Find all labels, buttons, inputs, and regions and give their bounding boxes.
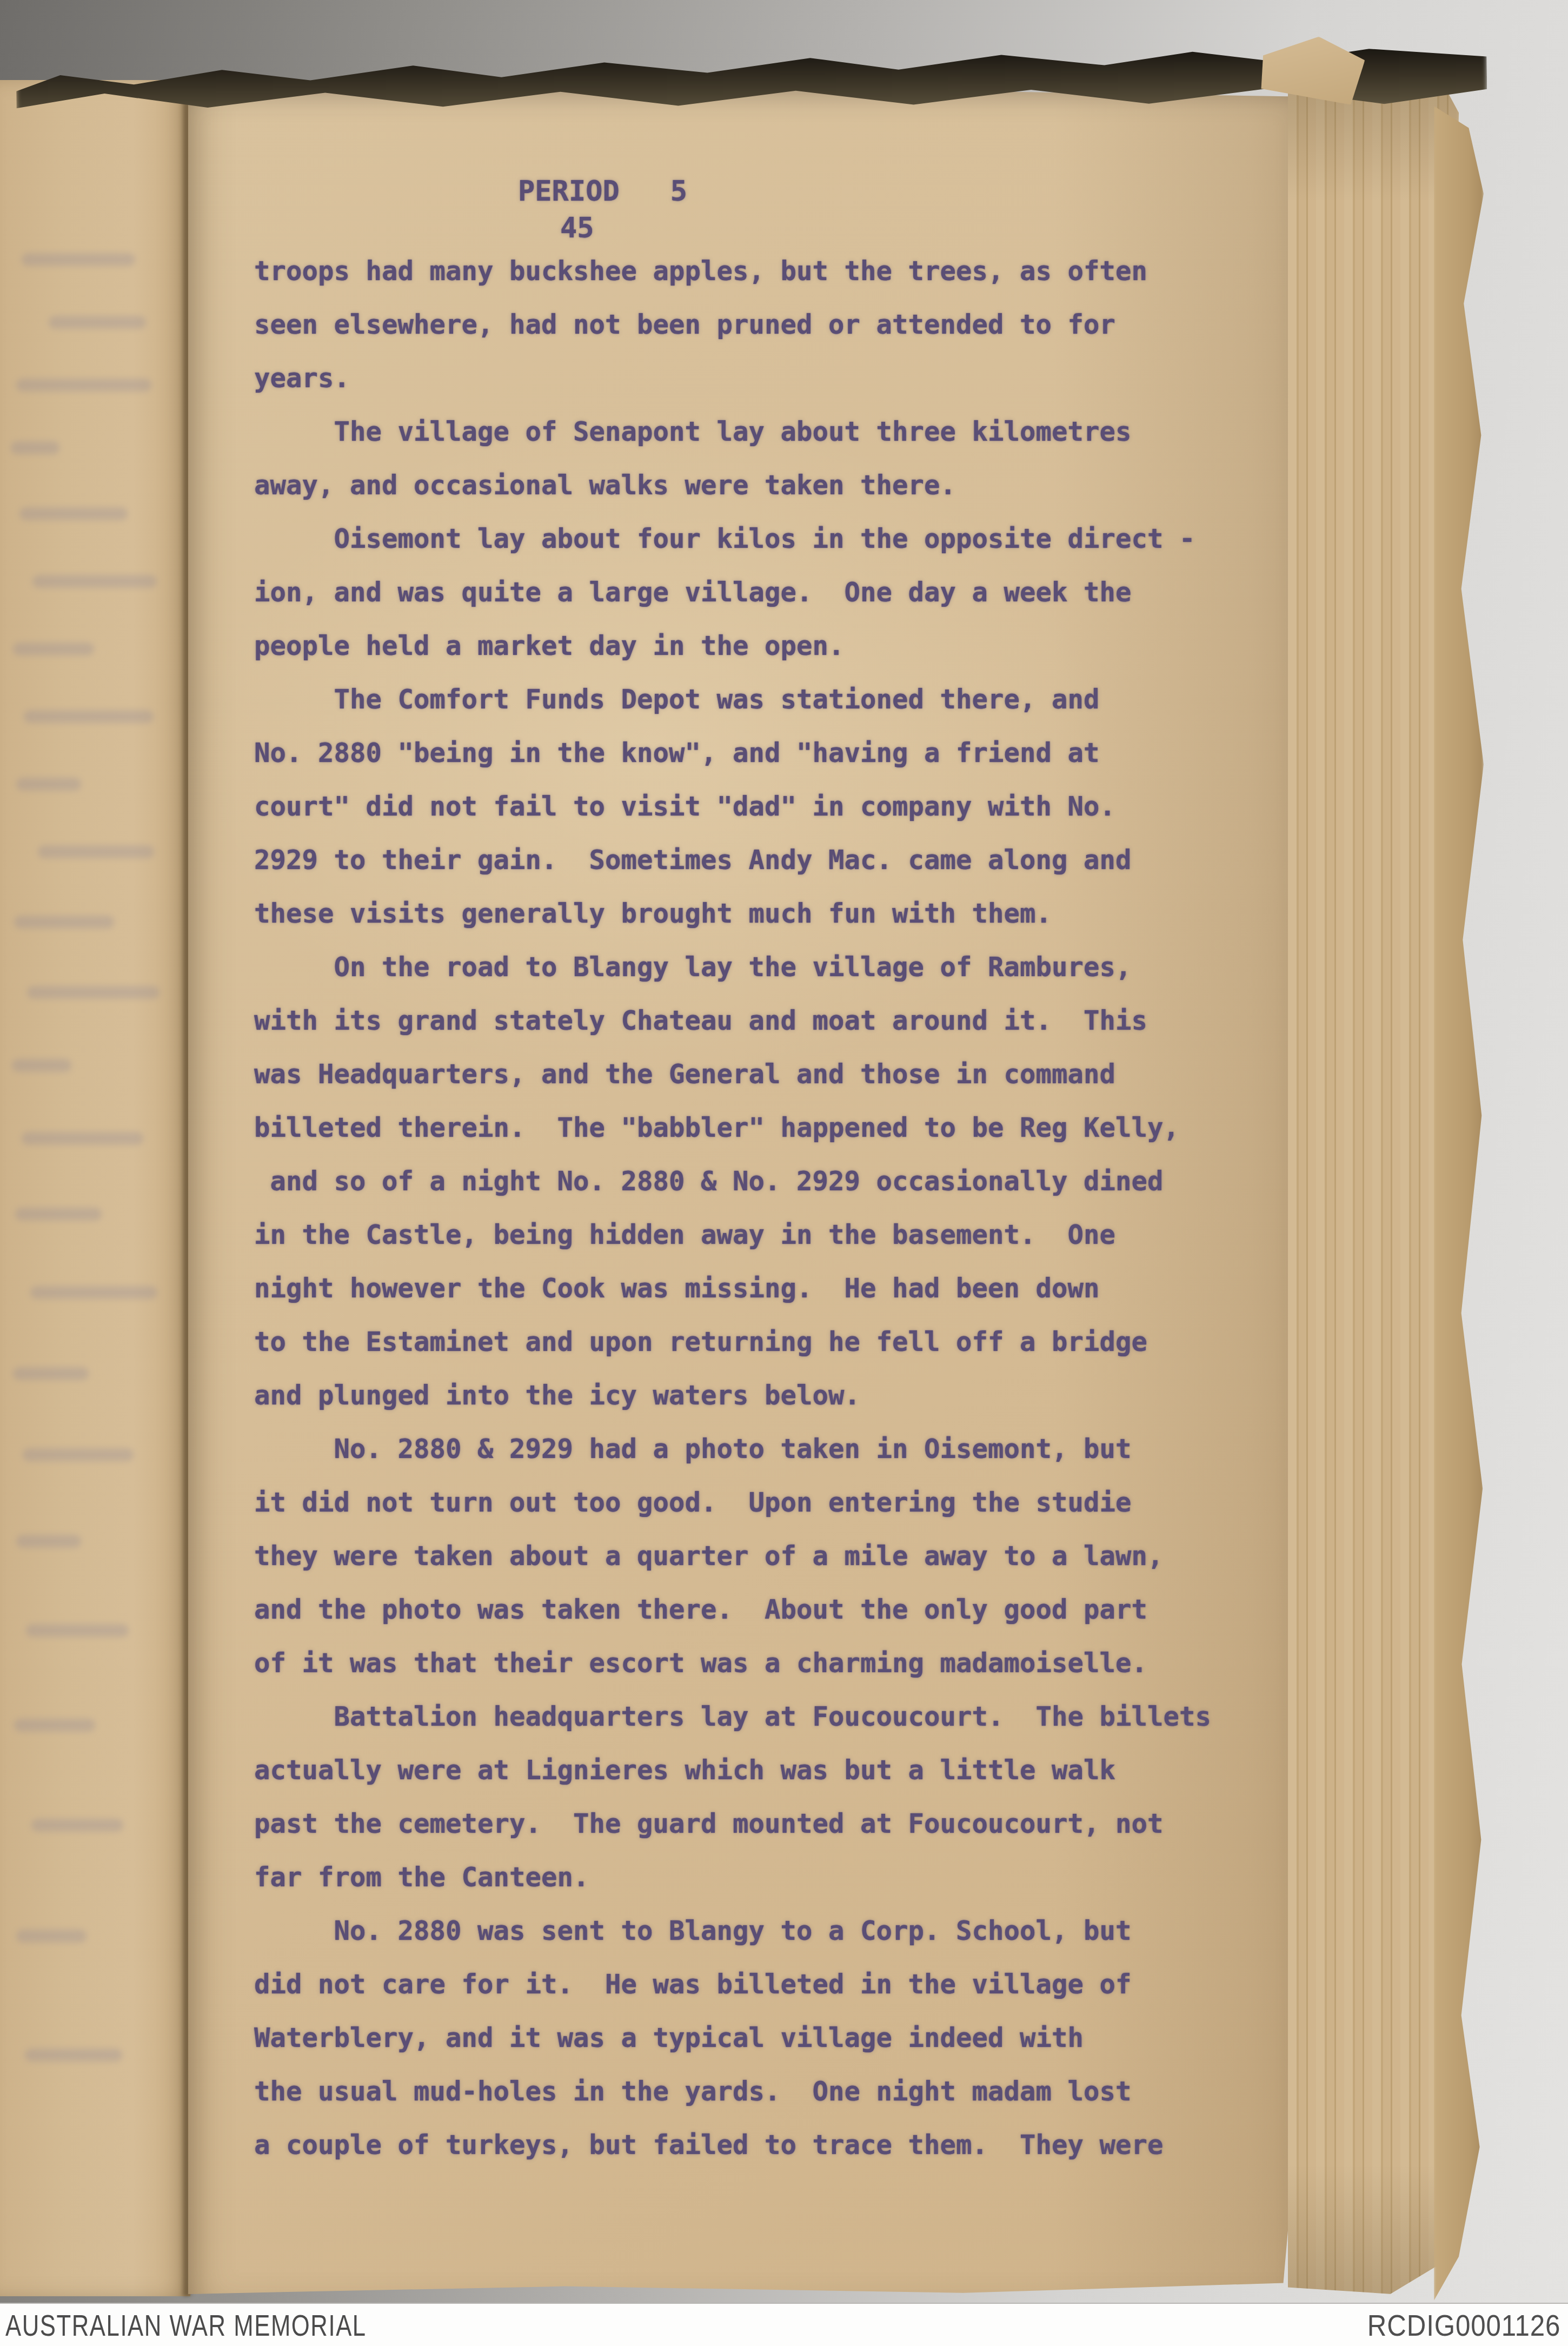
typed-line: No. 2880 was sent to Blangy to a Corp. S… [254, 1904, 1211, 1958]
typed-line: and so of a night No. 2880 & No. 2929 oc… [254, 1155, 1211, 1208]
ghost-text-smudge [22, 1132, 143, 1145]
ghost-text-smudge [25, 2049, 122, 2062]
typed-line: years. [254, 352, 1211, 405]
ghost-text-smudge [12, 1059, 71, 1072]
ghost-text-smudge [22, 253, 135, 266]
typed-line: Battalion headquarters lay at Foucoucour… [254, 1690, 1211, 1744]
record-id-label: RCDIG0001126 [1367, 2308, 1560, 2343]
typed-line: to the Estaminet and upon returning he f… [254, 1315, 1211, 1369]
ghost-text-smudge [13, 642, 94, 655]
typed-line: it did not turn out too good. Upon enter… [254, 1476, 1211, 1529]
typed-line: these visits generally brought much fun … [254, 887, 1211, 940]
page-number: 45 [560, 212, 594, 244]
typed-line: did not care for it. He was billeted in … [254, 1958, 1211, 2011]
ghost-text-smudge [16, 778, 81, 791]
folded-corner [1252, 29, 1367, 105]
ghost-text-smudge [14, 916, 114, 929]
ghost-text-smudge [30, 1286, 157, 1299]
ghost-text-smudge [23, 1448, 134, 1461]
typed-line: and plunged into the icy waters below. [254, 1369, 1211, 1422]
ghost-text-smudge [24, 710, 154, 723]
footer-bar: AUSTRALIAN WAR MEMORIAL RCDIG0001126 [0, 2303, 1568, 2346]
typed-line: the usual mud-holes in the yards. One ni… [254, 2065, 1211, 2118]
typed-line: a couple of turkeys, but failed to trace… [254, 2118, 1211, 2172]
typed-line: with its grand stately Chateau and moat … [254, 994, 1211, 1048]
typed-line: far from the Canteen. [254, 1851, 1211, 1904]
ghost-text-smudge [14, 1719, 95, 1732]
ghost-text-smudge [26, 1624, 129, 1637]
ghost-text-smudge [19, 507, 128, 520]
typed-line: and the photo was taken there. About the… [254, 1583, 1211, 1636]
typed-line: billeted therein. The "babbler" happened… [254, 1101, 1211, 1155]
archive-name-label: AUSTRALIAN WAR MEMORIAL [5, 2308, 367, 2343]
typed-line: On the road to Blangy lay the village of… [254, 940, 1211, 994]
facing-page-edge [0, 80, 190, 2296]
typed-line: 2929 to their gain. Sometimes Andy Mac. … [254, 833, 1211, 887]
typed-line: The Comfort Funds Depot was stationed th… [254, 673, 1211, 726]
typed-line: night however the Cook was missing. He h… [254, 1262, 1211, 1315]
worn-page-edge [1434, 106, 1484, 2301]
typed-line: seen elsewhere, had not been pruned or a… [254, 298, 1211, 352]
typed-line: No. 2880 & 2929 had a photo taken in Ois… [254, 1422, 1211, 1476]
typed-line: in the Castle, being hidden away in the … [254, 1208, 1211, 1262]
scanned-document-background: PERIOD 5 45 troops had many buckshee app… [0, 0, 1568, 2346]
page-title: PERIOD 5 [518, 175, 687, 208]
ghost-text-smudge [16, 1930, 87, 1943]
typed-line: actually were at Lignieres which was but… [254, 1744, 1211, 1797]
typed-line: people held a market day in the open. [254, 619, 1211, 673]
ghost-text-smudge [16, 1535, 81, 1548]
typed-line: Oisemont lay about four kilos in the opp… [254, 512, 1211, 566]
ghost-text-smudge [49, 316, 146, 329]
typed-line: court" did not fail to visit "dad" in co… [254, 780, 1211, 833]
ghost-text-smudge [15, 1208, 102, 1221]
typed-line: The village of Senapont lay about three … [254, 405, 1211, 459]
typed-line: troops had many buckshee apples, but the… [254, 244, 1211, 298]
typed-line: was Headquarters, and the General and th… [254, 1048, 1211, 1101]
ghost-text-smudge [31, 1819, 123, 1832]
ghost-text-smudge [16, 379, 151, 392]
typed-line: Waterblery, and it was a typical village… [254, 2011, 1211, 2065]
typed-body: troops had many buckshee apples, but the… [254, 244, 1211, 2172]
typed-line: away, and occasional walks were taken th… [254, 459, 1211, 512]
ghost-text-smudge [32, 575, 157, 588]
ghost-text-smudge [27, 986, 160, 999]
typed-line: past the cemetery. The guard mounted at … [254, 1797, 1211, 1851]
ghost-text-smudge [13, 1367, 89, 1380]
typed-line: ion, and was quite a large village. One … [254, 566, 1211, 619]
typed-line: No. 2880 "being in the know", and "havin… [254, 726, 1211, 780]
ghost-text-smudge [11, 441, 59, 454]
typed-line: they were taken about a quarter of a mil… [254, 1529, 1211, 1583]
typed-line: of it was that their escort was a charmi… [254, 1636, 1211, 1690]
page-stack-edges [1288, 68, 1459, 2298]
ghost-text-smudge [38, 845, 154, 858]
